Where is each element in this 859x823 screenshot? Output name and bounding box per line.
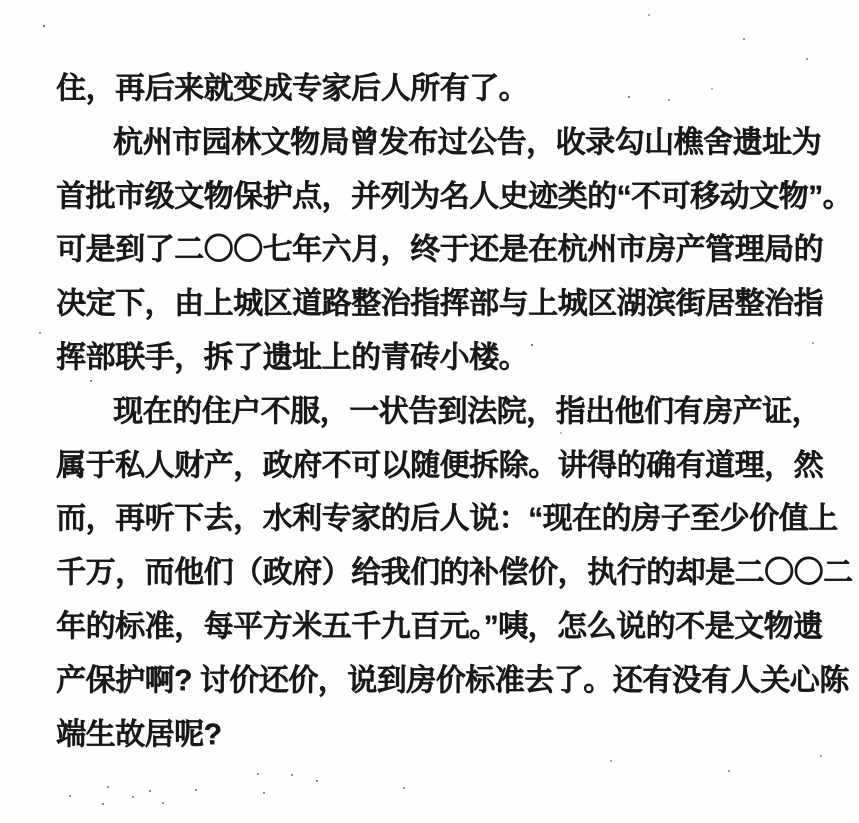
text-line-9: 而，再听下去，水利专家的后人说：“现在的房子至少价值上: [56, 492, 816, 546]
scanned-page: 住，再后来就变成专家后人所有了。 杭州市园林文物局曾发布过公告，收录勾山樵舍遗址…: [0, 0, 859, 823]
text-line-8: 属于私人财产，政府不可以随便拆除。讲得的确有道理，然: [56, 439, 816, 493]
text-line-1: 住，再后来就变成专家后人所有了。: [56, 62, 816, 116]
text-line-10: 千万，而他们（政府）给我们的补偿价，执行的却是二〇〇二: [56, 546, 816, 600]
text-line-6: 挥部联手，拆了遗址上的青砖小楼。: [56, 331, 816, 385]
text-line-11: 年的标准，每平方米五千九百元。”咦，怎么说的不是文物遗: [56, 600, 816, 654]
text-line-4: 可是到了二〇〇七年六月，终于还是在杭州市房产管理局的: [56, 223, 816, 277]
text-line-2: 杭州市园林文物局曾发布过公告，收录勾山樵舍遗址为: [56, 116, 816, 170]
text-line-3: 首批市级文物保护点，并列为名人史迹类的“不可移动文物”。: [56, 170, 816, 224]
text-line-5: 决定下，由上城区道路整治指挥部与上城区湖滨街居整治指: [56, 277, 816, 331]
scan-noise-speckles: [0, 0, 2, 2]
text-line-7: 现在的住户不服，一状告到法院，指出他们有房产证，: [56, 385, 816, 439]
text-line-13: 端生故居呢?: [56, 708, 816, 762]
body-text-block: 住，再后来就变成专家后人所有了。 杭州市园林文物局曾发布过公告，收录勾山樵舍遗址…: [56, 62, 816, 761]
text-line-12: 产保护啊? 讨价还价，说到房价标准去了。还有没有人关心陈: [56, 654, 816, 708]
